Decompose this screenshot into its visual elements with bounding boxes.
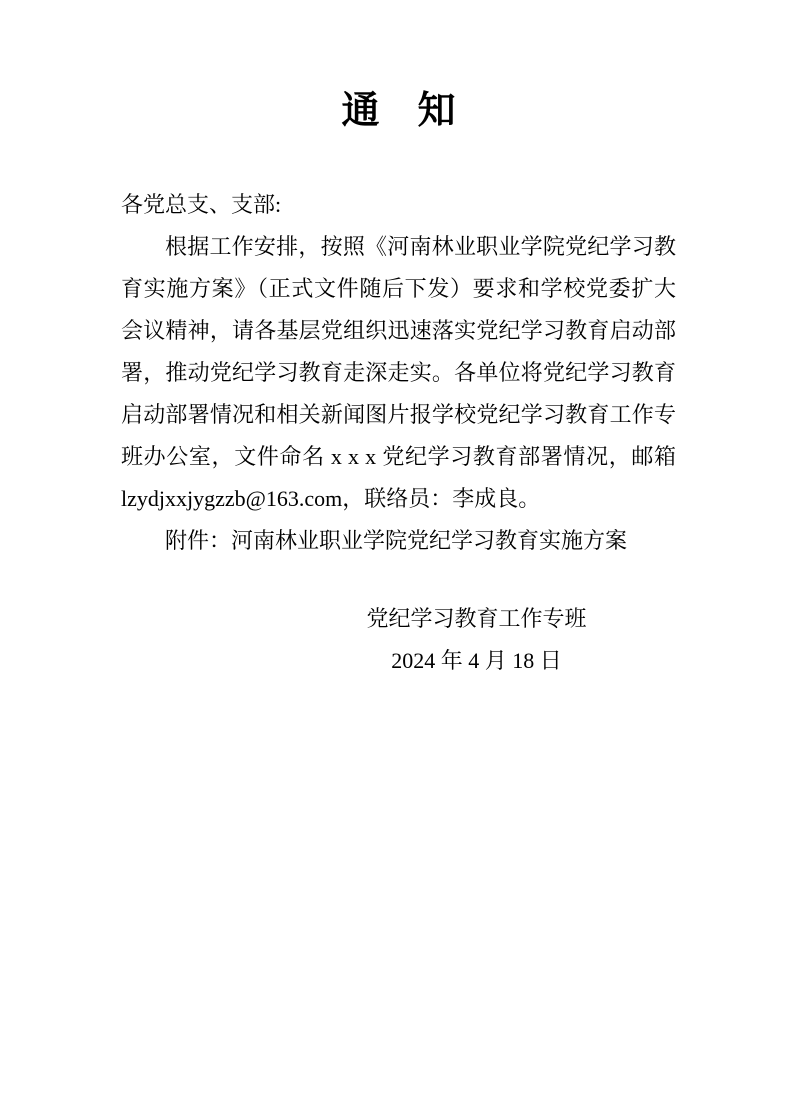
closing-block: 党纪学习教育工作专班 2024 年 4 月 18 日 bbox=[121, 598, 676, 682]
document-body: 各党总支、支部: 根据工作安排，按照《河南林业职业学院党纪学习教育实施方案》（正… bbox=[121, 184, 676, 562]
date-line: 2024 年 4 月 18 日 bbox=[277, 640, 676, 682]
document-title: 通 知 bbox=[121, 88, 676, 134]
attachment-line: 附件：河南林业职业学院党纪学习教育实施方案 bbox=[121, 520, 676, 562]
notice-document-page: 通 知 各党总支、支部: 根据工作安排，按照《河南林业职业学院党纪学习教育实施方… bbox=[0, 0, 794, 1108]
body-paragraph: 根据工作安排，按照《河南林业职业学院党纪学习教育实施方案》（正式文件随后下发）要… bbox=[121, 226, 676, 520]
signature-line: 党纪学习教育工作专班 bbox=[277, 598, 676, 640]
salutation-line: 各党总支、支部: bbox=[121, 184, 676, 226]
